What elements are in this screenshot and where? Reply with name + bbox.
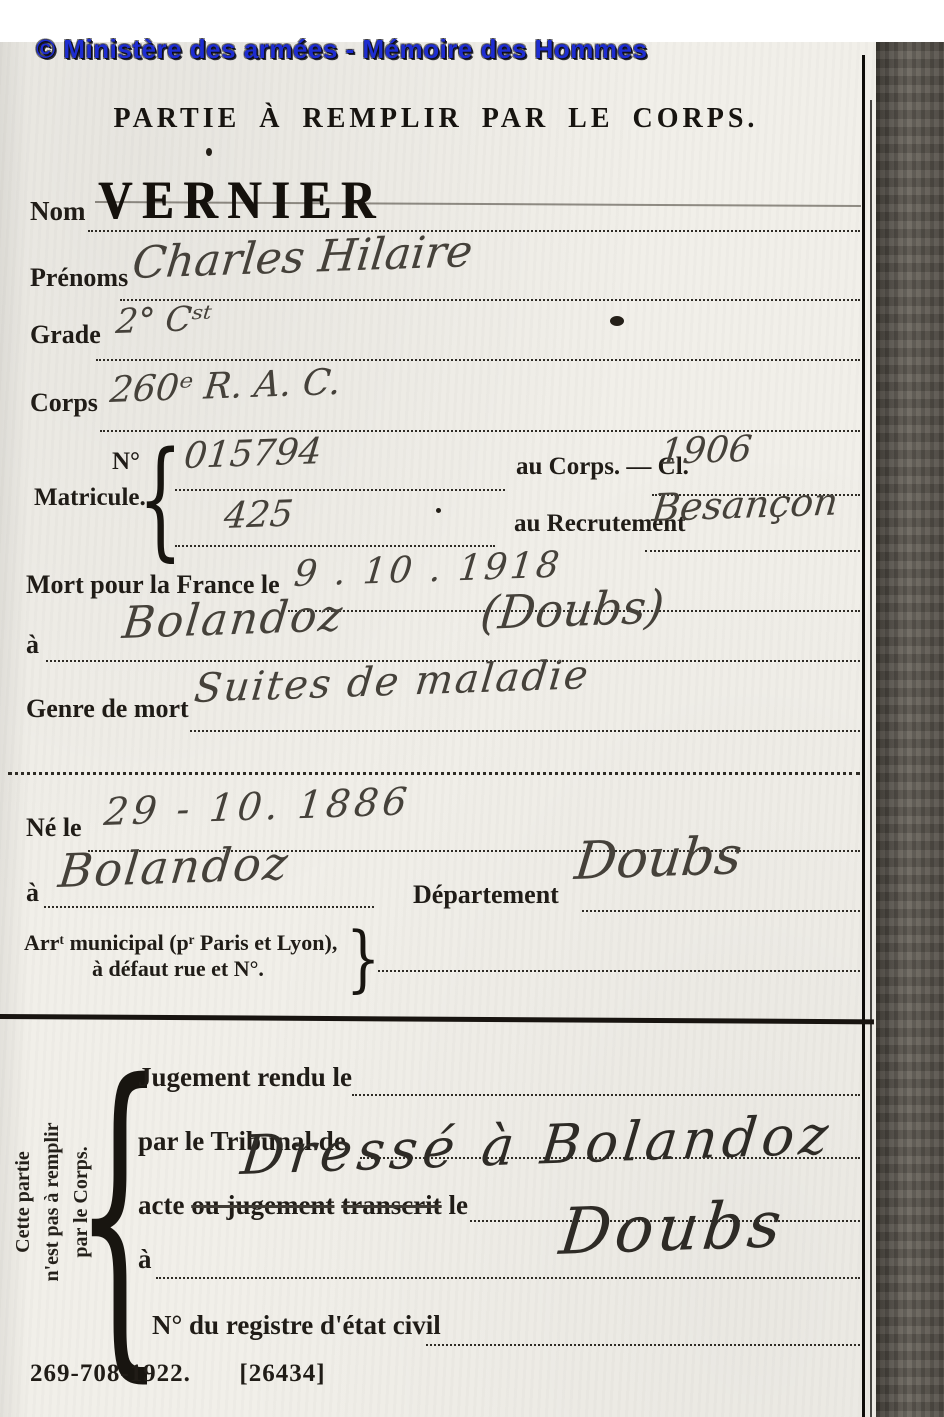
matricule-dotted-line-2: [175, 545, 495, 547]
archive-watermark: © Ministère des armées - Mémoire des Hom…: [36, 34, 647, 65]
recrutement-place-handwriting: Besançon: [650, 479, 840, 530]
matricule-corps-number-handwriting: 015794: [182, 431, 324, 477]
acte-struck-transcrit: transcrit: [341, 1190, 441, 1220]
arrondissement-brace-icon: }: [346, 922, 380, 994]
matricule-no-label: N°: [112, 448, 140, 476]
side-note-line1: Cette partie: [9, 1067, 38, 1337]
genre-mort-label: Genre de mort: [26, 694, 189, 724]
ink-speck: [610, 316, 624, 326]
nom-value-stamp: VERNIER: [98, 170, 385, 232]
registre-dotted-line: [426, 1344, 860, 1346]
jugement-dotted-line: [352, 1094, 860, 1096]
arrondissement-label-line2: à défaut rue et N°.: [92, 956, 264, 982]
departement-label: Département: [413, 880, 559, 910]
lieu-naissance-dotted-line-2: [582, 910, 860, 912]
print-code: 269-708-1922.: [30, 1360, 191, 1387]
prenoms-label: Prénoms: [30, 263, 128, 293]
matricule-dotted-line-2b: [645, 550, 860, 552]
jugement-label: Jugement rendu le: [138, 1062, 352, 1093]
bottom-departement-handwriting: Doubs: [556, 1188, 789, 1270]
lieu-mort-departement-handwriting: (Doubs): [478, 579, 667, 640]
classe-value-handwriting: 1906: [658, 429, 754, 473]
departement-value-handwriting: Doubs: [572, 826, 745, 892]
side-note-line2: n'est pas à remplir: [38, 1067, 67, 1337]
separator-dotted-line: [8, 772, 860, 775]
arrondissement-label-line1: Arrᵗ municipal (pʳ Paris et Lyon),: [24, 930, 337, 956]
scan-dark-margin: [876, 42, 944, 1417]
grade-dotted-line: [96, 359, 860, 361]
bottom-a-label: à: [138, 1244, 152, 1275]
ink-speck: [436, 508, 441, 513]
bracket-number: [26434]: [239, 1360, 325, 1387]
nom-label: Nom: [30, 196, 86, 227]
bottom-a-dotted-line: [156, 1277, 860, 1279]
corps-label: Corps: [30, 388, 98, 418]
naissance-label: Né le: [26, 813, 82, 843]
acte-struck-ou-jugement: ou jugement: [191, 1190, 334, 1220]
footer-print-code: 269-708-1922. [26434]: [30, 1360, 326, 1388]
matricule-dotted-line-1: [175, 489, 505, 491]
acte-word: acte: [138, 1190, 184, 1220]
matricule-recrutement-number-handwriting: 425: [222, 493, 295, 537]
page-edge-line-2: [870, 100, 872, 1417]
grade-value-handwriting: 2° Cˢᵗ: [114, 299, 213, 342]
prenoms-dotted-line: [120, 299, 860, 301]
lieu-mort-value-handwriting: Bolandoz: [120, 590, 347, 649]
acte-word-le: le: [448, 1190, 468, 1220]
matricule-label: Matricule.: [34, 484, 146, 512]
lieu-naissance-value-handwriting: Bolandoz: [56, 836, 292, 898]
scanned-military-record: © Ministère des armées - Mémoire des Hom…: [0, 0, 944, 1417]
lieu-naissance-dotted-line-1: [44, 906, 374, 908]
arrondissement-dotted-line: [378, 970, 860, 972]
lieu-naissance-a-label: à: [26, 878, 39, 908]
corps-value-handwriting: 260ᵉ R. A. C.: [108, 362, 343, 411]
page-edge-line: [862, 55, 865, 1417]
lieu-mort-a-label: à: [26, 630, 39, 660]
form-title: PARTIE À REMPLIR PAR LE CORPS.: [0, 103, 872, 135]
genre-mort-dotted-line: [190, 730, 860, 732]
grade-label: Grade: [30, 320, 101, 350]
registre-label: N° du registre d'état civil: [152, 1310, 441, 1341]
ink-speck: [206, 148, 212, 156]
acte-label: acte ou jugement transcrit le: [138, 1190, 468, 1221]
